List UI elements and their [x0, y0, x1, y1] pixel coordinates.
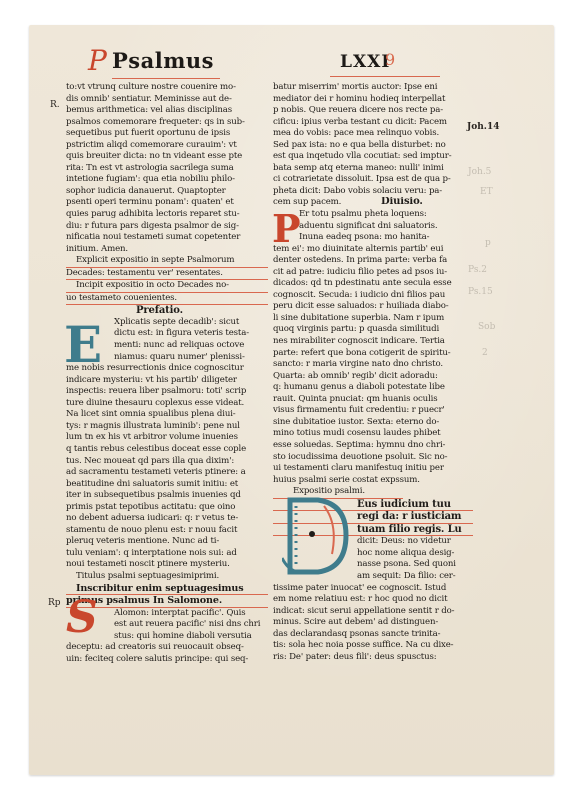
margin-note-left-top: R.: [50, 100, 60, 110]
text-line: inspectis: reuera liber psalmoru: toti' …: [66, 386, 268, 398]
text-line: p nobis. Que reuera dicere nos recte pa-: [273, 105, 473, 117]
folio-underline: [330, 76, 440, 77]
text-line: indicare mysteriu: vt his partib' dilige…: [66, 375, 268, 387]
text-line: q tantis rebus celestibus doceat esse co…: [66, 444, 268, 456]
text-line: pstrictim aliqd comemorare curauim': vt: [66, 140, 268, 152]
decorated-initial-icon: [282, 494, 352, 576]
text-line: Quarta: ab omnib' regib' dicit adoradu:: [273, 371, 473, 383]
rubric-line: Incipit expositio in octo Decades no-: [66, 280, 268, 293]
text-line: bemus arithmetica: vel alias disciplinas: [66, 105, 268, 117]
text-line: cem sup pacem. Diuisio.: [273, 197, 473, 209]
text-line: pheta dicit: Dabo vobis solaciu veru: pa…: [273, 186, 473, 198]
text-line: to:vt vtrunq culture nostre couenire mo-: [66, 82, 268, 94]
text-line: deceptu: ad creatoris sui reuocauit obse…: [66, 642, 268, 654]
text-line: visus firmamentu fuit credentiu: r puecr…: [273, 405, 473, 417]
show-through-text: 2: [482, 348, 488, 358]
title-underline: [112, 78, 220, 79]
text-line: nificatia noui testameti sumat copetente…: [66, 232, 268, 244]
show-through-text: p: [485, 238, 491, 248]
text-line: li sine dubitatione superbia. Nam r ipum: [273, 313, 473, 325]
text-line: ture diuine thesauru coplexus esse videa…: [66, 398, 268, 410]
page-title: Psalmus: [112, 48, 214, 73]
text-line: sine dubitatioe iustor. Sexta: eterno do…: [273, 417, 473, 429]
text-line: mino totius mudi cosensu laudes phibet: [273, 428, 473, 440]
rubric-line: Titulus psalmi septuagesimiprimi.: [66, 571, 268, 583]
text-line: mea do vobis: pace mea relinquo vobis.: [273, 128, 473, 140]
text-line: intetione fugiam': qua etia nobiliu phil…: [66, 174, 268, 186]
initial-d-blue: [282, 494, 352, 576]
text-line: dicados: qd tn pdestinatu ante secula es…: [273, 278, 473, 290]
folio-number: LXXI: [340, 52, 390, 72]
section-heading-divisio: Diuisio.: [381, 197, 423, 208]
text-line: psenti operi terminu ponam': quaten' et: [66, 197, 268, 209]
initial-e-blue: E: [64, 320, 102, 370]
text-line: denter ostedens. In prima parte: verba f…: [273, 255, 473, 267]
text-line: indicat: sicut serui appellatione sentit…: [273, 606, 473, 618]
text-line: beatitudine dni saluatoris sumit initiu:…: [66, 479, 268, 491]
text-line: Na licet sint omnia spualibus plena diui…: [66, 409, 268, 421]
initial-s-red: S: [66, 596, 98, 640]
text-line: primis pstat tepotibus actitatu: que oin…: [66, 502, 268, 514]
text-line: das declarandasq psonas sancte trinita-: [273, 629, 473, 641]
text-line: iter in subsequetibus psalmis inuenies q…: [66, 490, 268, 502]
text-line: sophor iudicia danauerut. Quaptopter: [66, 186, 268, 198]
text-line: Er totu psalmu pheta loquens:: [273, 209, 473, 221]
text-line: ris: De' pater: deus fili': deus spusctu…: [273, 652, 473, 664]
text-line: ad sacramentu testameti veteris ptinere:…: [66, 467, 268, 479]
text-line: ci cotrarietate dissoluit. Ipsa est de q…: [273, 174, 473, 186]
text-line: bata semp atq eterna maneo: nulli' inimi: [273, 163, 473, 175]
folio-mark: 9: [385, 50, 395, 69]
text-line: cit ad patre: iudiciu filio petes ad pso…: [273, 267, 473, 279]
text-line: Sed pax ista: no e qua bella disturbet: …: [273, 140, 473, 152]
text-line: noui testameti noscit ptinere mysteriu.: [66, 559, 268, 571]
text-line: parte: refert que bona cotigerit de spir…: [273, 348, 473, 360]
text-line: tissime pater inuocat' ee cognoscit. Ist…: [273, 583, 473, 595]
text-line: sto iocudissima deuotione psoluit. Sic n…: [273, 452, 473, 464]
text-line: peru dicit esse saluados: r huiliada dia…: [273, 301, 473, 313]
text-line: lum tn ex his vt arbitror volume inuenie…: [66, 432, 268, 444]
text-line: cificu: ipius verba testant cu dicit: Pa…: [273, 117, 473, 129]
text-line: no debent aduersa iudicari: q: r vetus t…: [66, 513, 268, 525]
show-through-text: ET: [480, 187, 493, 197]
text-line: quies parug adhibita lectoris reparet st…: [66, 209, 268, 221]
margin-note-left-bottom: Rp: [48, 598, 61, 608]
text-line: initium. Amen.: [66, 244, 268, 256]
rubric-line: Explicit expositio in septe Psalmorum: [66, 255, 268, 268]
text-line: batur miserrim' mortis auctor: Ipse eni: [273, 82, 473, 94]
text-line: huius psalmi serie costat expssum.: [273, 475, 473, 487]
text-line: psalmos comemorare frequeter: qs in sub-: [66, 117, 268, 129]
text-line: dis omnib' sentiatur. Meminisse aut de-: [66, 94, 268, 106]
text-line: quis breuiter dicta: no tn videant esse …: [66, 151, 268, 163]
text-line: quoq virginis partu: p quasda similitudi: [273, 324, 473, 336]
text-line: tys: r magnis illustrata luminib': pene …: [66, 421, 268, 433]
text-line: rauit. Quinta pnuciat: qm huanis oculis: [273, 394, 473, 406]
text-line: tulu veniam': q interptatione nois sui: …: [66, 548, 268, 560]
text-line: tus. Nec moueat qd pars illa qua dixim':: [66, 456, 268, 468]
text-line: uin: feciteq colere salutis principe: qu…: [66, 654, 268, 666]
rubric-line: uo testameto couenientes.: [66, 293, 268, 306]
text-line: tis: sola hec noia posse suffice. Na cu …: [273, 640, 473, 652]
text-line: aduentu significat dni saluatoris.: [273, 221, 473, 233]
initial-p-red: P: [272, 210, 301, 248]
text-line: rita: Tn est vt astrologia sacrilega sum…: [66, 163, 268, 175]
text-line: stamentu de nouo plenu est: r nouu facit: [66, 525, 268, 537]
text-line: diu: r futura pars digesta psalmor de si…: [66, 221, 268, 233]
text-line: nes mirabiliter cognoscit indicare. Tert…: [273, 336, 473, 348]
text-line: ui testamenti claru manifestuq initiu pe…: [273, 463, 473, 475]
text-line: pleruq veteris mentione. Nunc ad ti-: [66, 536, 268, 548]
text-line: sequetibus put fuerit oportunu de ipsis: [66, 128, 268, 140]
text-line: em nome relatiuu est: r hoc quod no dici…: [273, 594, 473, 606]
rubric-line: Decades: testamentu ver' resentates.: [66, 268, 268, 281]
text-line: Inuna eadeq psona: mo hanita-: [273, 232, 473, 244]
text-line: tem ei': mo diuinitate alternis partib' …: [273, 244, 473, 256]
show-through-text: Sob: [478, 322, 495, 332]
text-line: est qua inqetudo vlla cocutiat: sed impt…: [273, 151, 473, 163]
right-column: batur miserrim' mortis auctor: Ipse eni …: [273, 82, 473, 663]
text-line: q: humanu genus a diaboli potestate libe: [273, 382, 473, 394]
text-line: minus. Scire aut debem' ad distinguen-: [273, 617, 473, 629]
text-line: esse soluedas. Septima: hymnu dno chri-: [273, 440, 473, 452]
text-line: mediator dei r hominu hodieq interpellat: [273, 94, 473, 106]
title-initial-flourish: P: [88, 44, 107, 77]
text-line: cognoscit. Secuda: i iudicio dni filios …: [273, 290, 473, 302]
text-line: sancto: r maria virgine nato dno christo…: [273, 359, 473, 371]
